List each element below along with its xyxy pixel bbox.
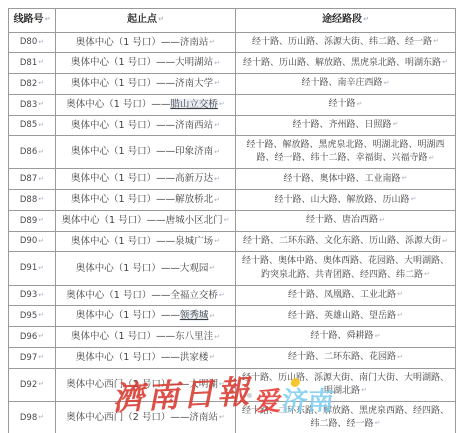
origin-dash: —— [161, 263, 180, 274]
origin-destination: 济南站 [189, 412, 218, 423]
route-cell: D96↵ [9, 327, 56, 348]
origin-cell: 奥体中心西门（2 号口）——济南站↵ [56, 401, 236, 433]
origin-destination: 大明湖站 [175, 57, 213, 68]
roads-cell: 经十路、南辛庄西路↵ [236, 74, 456, 95]
roads-text: 经十路 [329, 99, 356, 109]
paragraph-mark: ↵ [361, 386, 367, 394]
table-row: D86↵ 奥体中心（1 号口）——印象济南↵ 经十路、解放路、黑虎泉北路、明湖北… [9, 136, 456, 169]
roads-cell: 经十路、齐州路、日照路↵ [236, 115, 456, 136]
table-row: D88↵ 奥体中心（1 号口）——解放桥北↵ 经十路、山大路、解放路、历山路↵ [9, 190, 456, 211]
paragraph-mark: ↵ [214, 237, 220, 245]
table-row: D91↵ 奥体中心（1 号口）——大观园↵ 经十路、奥体中路、奥体西路、花园路、… [9, 252, 456, 285]
paragraph-mark: ↵ [219, 413, 225, 421]
paragraph-mark: ↵ [38, 58, 44, 66]
roads-cell: 经十路、舜耕路↵ [236, 327, 456, 348]
route-number: D85 [20, 120, 37, 130]
paragraph-mark: ↵ [219, 291, 225, 299]
roads-text: 经十路、奥体中路、工业南路 [284, 174, 401, 184]
route-cell: D85↵ [9, 115, 56, 136]
origin-start: 奥体中心（1 号口） [71, 194, 156, 205]
origin-cell: 奥体中心（1 号口）——大观园↵ [56, 252, 236, 285]
paragraph-mark: ↵ [214, 121, 220, 129]
origin-start: 奥体中心（1 号口） [71, 331, 156, 342]
origin-destination: 印象济南 [175, 146, 213, 157]
origin-destination: 济南站 [180, 37, 209, 48]
origin-destination: 济南西站 [175, 120, 213, 131]
paragraph-mark: ↵ [38, 148, 44, 156]
roads-text: 经十路、英雄山路、望岳路 [288, 311, 396, 321]
paragraph-mark: ↵ [384, 79, 390, 87]
route-number: D92 [20, 380, 37, 390]
route-cell: D88↵ [9, 190, 56, 211]
header-row: 线路号↵ 起止点↵ 途经路段↵ [9, 9, 456, 33]
paragraph-mark: ↵ [38, 291, 44, 299]
paragraph-mark: ↵ [393, 120, 399, 128]
paragraph-mark: ↵ [397, 311, 403, 319]
paragraph-mark: ↵ [379, 216, 385, 224]
origin-destination: 泉城广场 [175, 236, 213, 247]
roads-text: 经十路、历山路、解放路、黑虎泉北路、明湖东路 [243, 58, 441, 68]
header-roads-label: 途经路段 [322, 14, 362, 25]
table-row: D89↵ 奥体中心（1 号口）——唐城小区北门↵ 经十路、唐冶西路↵ [9, 210, 456, 231]
origin-dash: —— [161, 352, 180, 363]
route-cell: D98↵ [9, 401, 56, 433]
roads-cell: 经十路、奥体中路、奥体西路、花园路、大明湖路、趵突泉北路、共青团路、经四路、纬二… [236, 252, 456, 285]
roads-text: 经十路、奥体中路、奥体西路、花园路、大明湖路、趵突泉北路、共青团路、经四路、纬二… [242, 256, 449, 279]
table-row: D83↵ 奥体中心（1 号口）——腊山立交桥↵ 经十路↵ [9, 94, 456, 115]
origin-cell: 奥体中心（1 号口）——印象济南↵ [56, 136, 236, 169]
route-number: D91 [20, 263, 37, 273]
paragraph-mark: ↵ [38, 264, 44, 272]
route-cell: D80↵ [9, 32, 56, 53]
route-number: D81 [20, 58, 37, 68]
bus-route-table: 线路号↵ 起止点↵ 途经路段↵ D80↵ 奥体中心（1 号口）——济南站↵ 经十… [8, 8, 456, 433]
paragraph-mark: ↵ [38, 332, 44, 340]
origin-start: 奥体中心（1 号口） [66, 99, 151, 110]
origin-dash: —— [161, 310, 180, 321]
paragraph-mark: ↵ [38, 195, 44, 203]
origin-start: 奥体中心（1 号口） [76, 352, 161, 363]
route-cell: D81↵ [9, 53, 56, 74]
paragraph-mark: ↵ [38, 175, 44, 183]
roads-text: 经十路、齐州路、日照路 [293, 120, 392, 130]
origin-destination: 大观园 [180, 263, 209, 274]
route-number: D98 [20, 413, 37, 423]
origin-start: 奥体中心（1 号口） [71, 57, 156, 68]
table-header: 线路号↵ 起止点↵ 途经路段↵ [9, 9, 456, 33]
route-cell: D97↵ [9, 347, 56, 368]
paragraph-mark: ↵ [38, 79, 44, 87]
header-roads: 途经路段↵ [236, 9, 456, 33]
roads-text: 经十路、二环东路、文化东路、历山路、泺源大街 [243, 236, 441, 246]
header-origin-label: 起止点 [127, 14, 157, 25]
origin-destination: 东八里洼 [175, 331, 213, 342]
paragraph-mark: ↵ [375, 332, 381, 340]
route-table-body: D80↵ 奥体中心（1 号口）——济南站↵ 经十路、历山路、泺源大街、纬二路、经… [9, 32, 456, 433]
paragraph-mark: ↵ [424, 270, 430, 278]
origin-start: 奥体中心（1 号口） [76, 310, 161, 321]
paragraph-mark: ↵ [411, 195, 417, 203]
header-route-number-label: 线路号 [14, 14, 44, 25]
table-row: D85↵ 奥体中心（1 号口）——济南西站↵ 经十路、齐州路、日照路↵ [9, 115, 456, 136]
paragraph-mark: ↵ [442, 58, 448, 66]
roads-text: 经十路、凤凰路、工业北路 [288, 290, 396, 300]
roads-cell: 经十路、历山路、泺源大街、纬二路、经一路↵ [236, 32, 456, 53]
table-row: D98↵ 奥体中心西门（2 号口）——济南站↵ 经十路、二环东路、解放路、黑虎泉… [9, 401, 456, 433]
roads-cell: 经十路、唐冶西路↵ [236, 210, 456, 231]
origin-dash: —— [156, 57, 175, 68]
table-row: D97↵ 奥体中心（1 号口）——洪家楼↵ 经十路、二环东路、花园路↵ [9, 347, 456, 368]
route-cell: D89↵ [9, 210, 56, 231]
origin-destination: 腊山立交桥 [170, 99, 218, 110]
origin-start: 奥体中心西门（2 号口） [66, 412, 170, 423]
route-number: D87 [20, 174, 37, 184]
paragraph-mark: ↵ [214, 148, 220, 156]
table-row: D82↵ 奥体中心（1 号口）——济南大学↵ 经十路、南辛庄西路↵ [9, 74, 456, 95]
route-cell: D95↵ [9, 306, 56, 327]
table-row: D92↵ 奥体中心西门（2 号口）——大明湖↵ 经十路、历山路、泺源大街、南门大… [9, 368, 456, 401]
paragraph-mark: ↵ [38, 311, 44, 319]
route-cell: D82↵ [9, 74, 56, 95]
paragraph-mark: ↵ [397, 290, 403, 298]
origin-dash: —— [156, 236, 175, 247]
route-cell: D92↵ [9, 368, 56, 401]
header-route-number: 线路号↵ [9, 9, 56, 33]
paragraph-mark: ↵ [214, 196, 220, 204]
paragraph-mark: ↵ [38, 216, 44, 224]
roads-cell: 经十路、奥体中路、工业南路↵ [236, 169, 456, 190]
origin-dash: —— [151, 99, 170, 110]
origin-cell: 奥体中心（1 号口）——腊山立交桥↵ [56, 94, 236, 115]
origin-dash: —— [156, 173, 175, 184]
roads-cell: 经十路、二环东路、解放路、黑虎泉西路、经四路、纬二路、经一路↵ [236, 401, 456, 433]
origin-start: 奥体中心（1 号口） [76, 263, 161, 274]
table-row: D81↵ 奥体中心（1 号口）——大明湖站↵ 经十路、历山路、解放路、黑虎泉北路… [9, 53, 456, 74]
route-number: D82 [20, 79, 37, 89]
origin-destination: 济南大学 [175, 78, 213, 89]
roads-text: 经十路、二环东路、解放路、黑虎泉西路、经四路、纬二路、经一路 [242, 406, 449, 429]
roads-cell: 经十路、二环东路、花园路↵ [236, 347, 456, 368]
roads-cell: 经十路↵ [236, 94, 456, 115]
origin-dash: —— [147, 215, 166, 226]
route-number: D80 [20, 37, 37, 47]
roads-cell: 经十路、英雄山路、望岳路↵ [236, 306, 456, 327]
route-cell: D86↵ [9, 136, 56, 169]
paragraph-mark: ↵ [397, 353, 403, 361]
origin-cell: 奥体中心（1 号口）——唐城小区北门↵ [56, 210, 236, 231]
paragraph-mark: ↵ [375, 419, 381, 427]
origin-destination: 大明湖 [189, 379, 218, 390]
roads-text: 经十路、南辛庄西路 [302, 78, 383, 88]
paragraph-mark: ↵ [224, 216, 230, 224]
origin-dash: —— [156, 331, 175, 342]
roads-cell: 经十路、历山路、解放路、黑虎泉北路、明湖东路↵ [236, 53, 456, 74]
paragraph-mark: ↵ [38, 353, 44, 361]
origin-dash: —— [156, 194, 175, 205]
route-cell: D90↵ [9, 231, 56, 252]
roads-cell: 经十路、历山路、泺源大街、南门大街、大明湖路、明湖北路↵ [236, 368, 456, 401]
origin-destination: 洪家楼 [180, 352, 209, 363]
roads-cell: 经十路、二环东路、文化东路、历山路、泺源大街↵ [236, 231, 456, 252]
roads-cell: 经十路、解放路、黑虎泉北路、明湖北路、明湖西路、经一路、纬十二路、幸福街、兴福寺… [236, 136, 456, 169]
route-number: D93 [20, 290, 37, 300]
roads-text: 经十路、解放路、黑虎泉北路、明湖北路、明湖西路、经一路、纬十二路、幸福街、兴福寺… [246, 140, 444, 163]
paragraph-mark: ↵ [38, 237, 44, 245]
roads-text: 经十路、历山路、泺源大街、纬二路、经一路 [252, 37, 432, 47]
table-row: D80↵ 奥体中心（1 号口）——济南站↵ 经十路、历山路、泺源大街、纬二路、经… [9, 32, 456, 53]
origin-cell: 奥体中心（1 号口）——领秀城↵ [56, 306, 236, 327]
paragraph-mark: ↵ [209, 353, 215, 361]
origin-start: 奥体中心（1 号口） [76, 37, 161, 48]
paragraph-mark: ↵ [45, 15, 51, 23]
origin-cell: 奥体中心（1 号口）——高新万达↵ [56, 169, 236, 190]
origin-cell: 奥体中心（1 号口）——洪家楼↵ [56, 347, 236, 368]
table-row: D96↵ 奥体中心（1 号口）——东八里洼↵ 经十路、舜耕路↵ [9, 327, 456, 348]
origin-cell: 奥体中心（1 号口）——济南西站↵ [56, 115, 236, 136]
table-row: D95↵ 奥体中心（1 号口）——领秀城↵ 经十路、英雄山路、望岳路↵ [9, 306, 456, 327]
origin-destination: 解放桥北 [175, 194, 213, 205]
origin-cell: 奥体中心（1 号口）——解放桥北↵ [56, 190, 236, 211]
watermark-separator-dot [247, 393, 252, 398]
route-number: D90 [20, 236, 37, 246]
paragraph-mark: ↵ [209, 264, 215, 272]
route-cell: D87↵ [9, 169, 56, 190]
roads-text: 经十路、历山路、泺源大街、南门大街、大明湖路、明湖北路 [242, 373, 449, 396]
route-cell: D91↵ [9, 252, 56, 285]
route-number: D89 [20, 216, 37, 226]
roads-text: 经十路、山大路、解放路、历山路 [275, 195, 410, 205]
roads-text: 经十路、二环东路、花园路 [288, 352, 396, 362]
origin-start: 奥体中心（1 号口） [62, 215, 147, 226]
paragraph-mark: ↵ [363, 15, 369, 23]
paragraph-mark: ↵ [38, 121, 44, 129]
origin-dash: —— [156, 120, 175, 131]
origin-dash: —— [151, 290, 170, 301]
paragraph-mark: ↵ [429, 154, 435, 162]
paragraph-mark: ↵ [214, 333, 220, 341]
paragraph-mark: ↵ [158, 15, 164, 23]
origin-cell: 奥体中心（1 号口）——泉城广场↵ [56, 231, 236, 252]
origin-cell: 奥体中心（1 号口）——济南大学↵ [56, 74, 236, 95]
table-row: D93↵ 奥体中心（1 号口）——全福立交桥↵ 经十路、凤凰路、工业北路↵ [9, 285, 456, 306]
header-origin: 起止点↵ [56, 9, 236, 33]
origin-destination: 高新万达 [175, 173, 213, 184]
origin-start: 奥体中心西门（2 号口） [66, 379, 170, 390]
paragraph-mark: ↵ [219, 380, 225, 388]
origin-dash: —— [156, 146, 175, 157]
paragraph-mark: ↵ [433, 37, 439, 45]
origin-cell: 奥体中心（1 号口）——东八里洼↵ [56, 327, 236, 348]
origin-start: 奥体中心（1 号口） [71, 120, 156, 131]
roads-text: 经十路、唐冶西路 [306, 215, 378, 225]
table-row: D90↵ 奥体中心（1 号口）——泉城广场↵ 经十路、二环东路、文化东路、历山路… [9, 231, 456, 252]
origin-destination: 唐城小区北门 [166, 215, 223, 226]
origin-dash: —— [170, 379, 189, 390]
origin-cell: 奥体中心（1 号口）——济南站↵ [56, 32, 236, 53]
origin-destination: 领秀城 [180, 310, 209, 321]
origin-start: 奥体中心（1 号口） [71, 236, 156, 247]
paragraph-mark: ↵ [214, 79, 220, 87]
paragraph-mark: ↵ [38, 38, 44, 46]
origin-cell: 奥体中心（1 号口）——大明湖站↵ [56, 53, 236, 74]
route-number: D96 [20, 332, 37, 342]
origin-cell: 奥体中心（1 号口）——全福立交桥↵ [56, 285, 236, 306]
roads-text: 经十路、舜耕路 [311, 331, 374, 341]
paragraph-mark: ↵ [402, 174, 408, 182]
page: 线路号↵ 起止点↵ 途经路段↵ D80↵ 奥体中心（1 号口）——济南站↵ 经十… [0, 0, 463, 433]
paragraph-mark: ↵ [442, 237, 448, 245]
origin-start: 奥体中心（1 号口） [71, 78, 156, 89]
roads-cell: 经十路、山大路、解放路、历山路↵ [236, 190, 456, 211]
paragraph-mark: ↵ [38, 413, 44, 421]
paragraph-mark: ↵ [219, 100, 225, 108]
table-row: D87↵ 奥体中心（1 号口）——高新万达↵ 经十路、奥体中路、工业南路↵ [9, 169, 456, 190]
route-number: D97 [20, 353, 37, 363]
route-cell: D93↵ [9, 285, 56, 306]
origin-destination: 全福立交桥 [170, 290, 218, 301]
origin-dash: —— [156, 78, 175, 89]
route-number: D83 [20, 100, 37, 110]
paragraph-mark: ↵ [38, 100, 44, 108]
paragraph-mark: ↵ [214, 59, 220, 67]
origin-dash: —— [161, 37, 180, 48]
paragraph-mark: ↵ [214, 175, 220, 183]
paragraph-mark: ↵ [209, 312, 215, 320]
origin-cell: 奥体中心西门（2 号口）——大明湖↵ [56, 368, 236, 401]
origin-start: 奥体中心（1 号口） [66, 290, 151, 301]
origin-start: 奥体中心（1 号口） [71, 146, 156, 157]
route-cell: D83↵ [9, 94, 56, 115]
route-number: D95 [20, 311, 37, 321]
roads-cell: 经十路、凤凰路、工业北路↵ [236, 285, 456, 306]
origin-start: 奥体中心（1 号口） [71, 173, 156, 184]
paragraph-mark: ↵ [209, 38, 215, 46]
paragraph-mark: ↵ [357, 100, 363, 108]
paragraph-mark: ↵ [38, 380, 44, 388]
route-number: D88 [20, 195, 37, 205]
route-number: D86 [20, 147, 37, 157]
origin-dash: —— [170, 412, 189, 423]
